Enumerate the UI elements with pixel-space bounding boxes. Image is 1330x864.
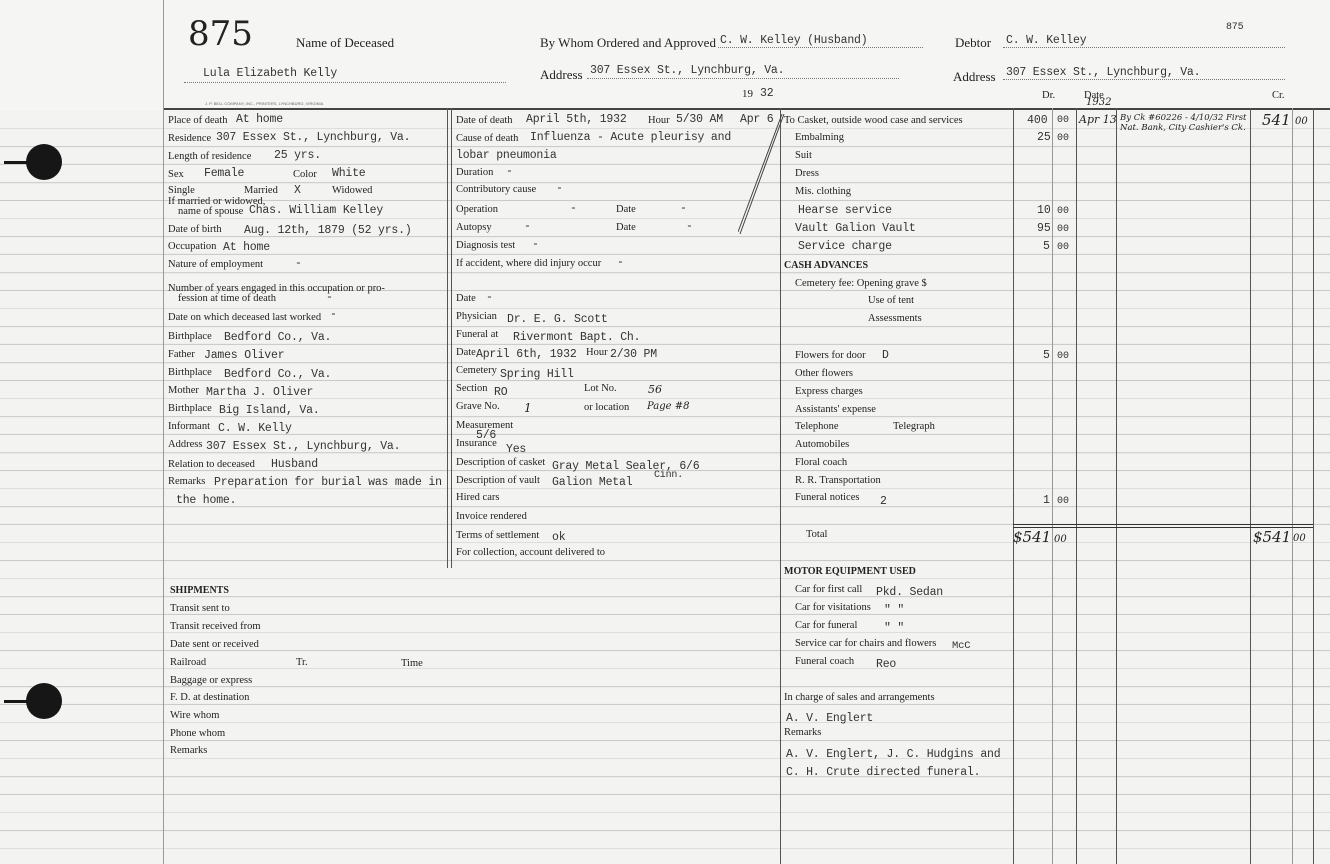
location-value: Page #8 (647, 401, 689, 412)
casket-description-value-b: Cinn. (654, 470, 683, 481)
terms-of-settlement-label: Terms of settlement (456, 530, 539, 541)
ledger-item-hearse-dollars: 10 (1037, 204, 1051, 217)
ledger-item-dress-label: Dress (795, 168, 819, 179)
section-value: RO (494, 386, 507, 399)
mother-label: Mother (168, 385, 199, 396)
date-sent-label: Date sent or received (170, 639, 259, 650)
address-value: 307 Essex St., Lynchburg, Va. (590, 64, 784, 77)
accident-value: - (617, 256, 624, 269)
father-label: Father (168, 349, 195, 360)
date-column-right (1116, 108, 1117, 864)
mother-birthplace-value: Big Island, Va. (219, 404, 320, 417)
flowers-for-door-label: Flowers for door (795, 350, 866, 361)
shipments-title: SHIPMENTS (170, 585, 229, 596)
mother-value: Martha J. Oliver (206, 386, 313, 399)
funeral-coach-value: Reo (876, 658, 896, 671)
telephone-label: Telephone (795, 421, 839, 432)
color-value: White (332, 167, 366, 180)
location-label: or location (584, 402, 629, 413)
cause-of-death-value-b: lobar pneumonia (456, 149, 557, 162)
cemetery-fee-label: Cemetery fee: Opening grave $ (795, 278, 927, 289)
year-suffix: 32 (760, 87, 773, 100)
insurance-label: Insurance (456, 438, 497, 449)
funeral-hour-label: Hour (586, 347, 608, 358)
birthplace-label: Birthplace (168, 331, 212, 342)
address-label: Address (540, 67, 583, 83)
spouse-name-value: Chas. William Kelley (249, 204, 383, 217)
accident-date-value: - (486, 291, 493, 304)
debtor-address-value: 307 Essex St., Lynchburg, Va. (1006, 66, 1200, 79)
father-birthplace-label: Birthplace (168, 367, 212, 378)
occupation-label: Occupation (168, 241, 216, 252)
ledger-item-suit-label: Suit (795, 150, 812, 161)
ledger-item-casket-dollars: 400 (1027, 114, 1048, 127)
contributory-cause-label: Contributory cause (456, 184, 536, 195)
last-worked-value: - (330, 308, 337, 321)
contributory-cause-value: - (556, 182, 563, 195)
record-number-handwritten: 875 (188, 14, 253, 54)
autopsy-date-value: - (686, 220, 693, 233)
tr-label: Tr. (296, 657, 308, 668)
ledger-item-vault-cents: 00 (1057, 224, 1069, 235)
ledger-item-misc-clothing-label: Mis. clothing (795, 186, 851, 197)
vault-description-label: Description of vault (456, 475, 540, 486)
ordered-label: By Whom Ordered and Approved (540, 35, 716, 51)
diagnosis-test-label: Diagnosis test (456, 240, 515, 251)
invoice-rendered-label: Invoice rendered (456, 511, 527, 522)
flowers-for-door-dollars: 5 (1043, 349, 1050, 362)
years-engaged-value: - (326, 291, 333, 304)
printer-line: J. P. BELL COMPANY, INC., PRINTERS, LYNC… (205, 101, 323, 106)
binder-hole-top (26, 144, 62, 180)
operation-date-label: Date (616, 204, 636, 215)
accident-date-label: Date (456, 293, 476, 304)
transit-sent-label: Transit sent to (170, 603, 230, 614)
motor-remarks-line1: A. V. Englert, J. C. Hudgins and (786, 748, 1000, 761)
name-label: Name of Deceased (296, 35, 394, 51)
remarks-value: Preparation for burial was made in (214, 476, 442, 489)
remarks-label: Remarks (168, 476, 205, 487)
dr-column-left (1013, 108, 1014, 864)
hour-of-death-value: 5/30 AM (676, 113, 723, 126)
date-handwritten-year: 1932 (1086, 97, 1111, 108)
divider-left-middle-2 (451, 108, 452, 568)
shipments-remarks-label: Remarks (170, 745, 207, 756)
debtor-label: Debtor (955, 35, 991, 51)
informant-value: C. W. Kelly (218, 422, 292, 435)
collection-label: For collection, account delivered to (456, 547, 605, 558)
automobiles-label: Automobiles (795, 439, 849, 450)
funeral-at-label: Funeral at (456, 329, 498, 340)
date-of-birth-label: Date of birth (168, 224, 222, 235)
motor-equipment-title: MOTOR EQUIPMENT USED (784, 566, 916, 577)
cemetery-value: Spring Hill (500, 368, 574, 381)
credit-cents: 00 (1295, 116, 1308, 127)
last-worked-label: Date on which deceased last worked (168, 312, 321, 323)
date-column-left (1076, 108, 1077, 864)
cause-of-death-label: Cause of death (456, 133, 518, 144)
ledger-item-hearse-label: Hearse service (798, 204, 892, 217)
in-charge-label: In charge of sales and arrangements (784, 692, 935, 703)
funeral-record-card: 875 Name of Deceased Lula Elizabeth Kell… (0, 0, 1330, 864)
credit-note: By Ck #60226 - 4/10/32 First Nat. Bank, … (1120, 113, 1248, 133)
length-of-residence-value: 25 yrs. (274, 149, 321, 162)
father-birthplace-value: Bedford Co., Va. (224, 368, 331, 381)
nature-of-employment-label: Nature of employment (168, 259, 263, 270)
single-label: Single (168, 185, 195, 196)
credit-amount: 541 (1262, 111, 1291, 129)
widowed-label: Widowed (332, 185, 372, 196)
residence-value: 307 Essex St., Lynchburg, Va. (216, 131, 410, 144)
funeral-hour-value: 2/30 PM (610, 348, 657, 361)
cause-of-death-value: Influenza - Acute pleurisy and (530, 131, 731, 144)
cemetery-label: Cemetery (456, 365, 497, 376)
baggage-label: Baggage or express (170, 675, 252, 686)
ledger-item-casket-label: To Casket, outside wood case and service… (784, 115, 963, 126)
date-of-death-value: April 5th, 1932 (526, 113, 627, 126)
other-flowers-label: Other flowers (795, 368, 853, 379)
informant-address-value: 307 Essex St., Lynchburg, Va. (206, 440, 400, 453)
first-call-car-value: Pkd. Sedan (876, 586, 943, 599)
married-mark: X (294, 184, 301, 197)
funeral-date-label: Date (456, 347, 476, 358)
express-charges-label: Express charges (795, 386, 863, 397)
funeral-car-label: Car for funeral (795, 620, 857, 631)
color-label: Color (293, 169, 317, 180)
duration-value: - (506, 165, 513, 178)
residence-label: Residence (168, 133, 211, 144)
ordered-value: C. W. Kelley (Husband) (720, 34, 867, 47)
place-of-death-label: Place of death (168, 115, 227, 126)
flowers-for-door-value: D (882, 349, 889, 362)
hour-of-death-label: Hour (648, 115, 670, 126)
total-cr-cents: 00 (1293, 533, 1306, 544)
funeral-notices-label: Funeral notices (795, 492, 859, 503)
service-car-value: McC (952, 640, 970, 652)
funeral-notices-value: 2 (880, 495, 887, 508)
ledger-item-embalming-dollars: 25 (1037, 131, 1051, 144)
debtor-address-underline (1003, 79, 1285, 80)
informant-label: Informant (168, 421, 210, 432)
funeral-notices-dollars: 1 (1043, 494, 1050, 507)
mother-birthplace-label: Birthplace (168, 403, 212, 414)
left-margin (0, 0, 164, 864)
apr-6-date: Apr 6 (740, 113, 774, 126)
address-underline (587, 78, 899, 79)
relation-value: Husband (271, 458, 318, 471)
duration-label: Duration (456, 167, 493, 178)
debtor-address-label: Address (953, 69, 996, 85)
place-of-death-value: At home (236, 113, 283, 126)
date-of-death-label: Date of death (456, 115, 513, 126)
motor-remarks-line2: C. H. Crute directed funeral. (786, 766, 980, 779)
hired-cars-label: Hired cars (456, 492, 499, 503)
ledger-item-casket-cents: 00 (1057, 115, 1069, 126)
debtor-underline (1003, 47, 1285, 48)
ledger-item-service-charge-cents: 00 (1057, 242, 1069, 253)
divider-left-middle (447, 108, 448, 568)
sex-value: Female (204, 167, 244, 180)
deceased-name: Lula Elizabeth Kelly (203, 67, 337, 80)
funeral-coach-label: Funeral coach (795, 656, 854, 667)
ledger-item-service-charge-dollars: 5 (1043, 240, 1050, 253)
funeral-date-value: April 6th, 1932 (476, 348, 577, 361)
section-label: Section (456, 383, 488, 394)
credit-date: Apr 13 (1079, 113, 1117, 126)
funeral-at-value: Rivermont Bapt. Ch. (513, 331, 640, 344)
diagonal-strike (738, 112, 786, 237)
funeral-notices-cents: 00 (1057, 496, 1069, 507)
date-of-birth-value: Aug. 12th, 1879 (52 yrs.) (244, 224, 412, 237)
length-of-residence-label: Length of residence (168, 151, 251, 162)
diagnosis-test-value: - (532, 238, 539, 251)
ledger-item-embalming-label: Embalming (795, 132, 844, 143)
terms-of-settlement-value: ok (552, 531, 565, 544)
top-rule (164, 108, 1330, 110)
total-dr-amount: $541 (1013, 528, 1051, 546)
record-number-printed: 875 (1226, 22, 1243, 33)
total-dr-cents: 00 (1054, 534, 1067, 545)
operation-label: Operation (456, 204, 498, 215)
ledger-item-vault-label: Vault Galion Vault (795, 222, 916, 235)
ledger-item-embalming-cents: 00 (1057, 133, 1069, 144)
accident-label: If accident, where did injury occur (456, 258, 601, 269)
married-label: Married (244, 185, 278, 196)
occupation-value: At home (223, 241, 270, 254)
ordered-underline (718, 47, 923, 48)
nature-of-employment-value: - (295, 257, 302, 270)
informant-address-label: Address (168, 439, 202, 450)
funeral-car-value: " " (884, 622, 904, 635)
cr-column-left (1250, 108, 1251, 864)
grave-no-label: Grave No. (456, 401, 500, 412)
total-rule-top (1013, 524, 1313, 525)
cr-cents-divider (1292, 108, 1293, 864)
ledger-item-hearse-cents: 00 (1057, 206, 1069, 217)
spouse-name-label: name of spouse (178, 206, 243, 217)
birthplace-value: Bedford Co., Va. (224, 331, 331, 344)
telegraph-label: Telegraph (893, 421, 935, 432)
railroad-label: Railroad (170, 657, 206, 668)
phone-whom-label: Phone whom (170, 728, 225, 739)
ledger-item-vault-dollars: 95 (1037, 222, 1051, 235)
operation-value: - (570, 202, 577, 215)
lot-no-value: 56 (648, 383, 662, 396)
father-value: James Oliver (204, 349, 284, 362)
use-of-tent-label: Use of tent (868, 295, 914, 306)
physician-value: Dr. E. G. Scott (507, 313, 608, 326)
autopsy-date-label: Date (616, 222, 636, 233)
visitations-car-label: Car for visitations (795, 602, 871, 613)
floral-coach-label: Floral coach (795, 457, 847, 468)
autopsy-label: Autopsy (456, 222, 492, 233)
vault-description-value: Galion Metal (552, 476, 632, 489)
visitations-car-value: " " (884, 604, 904, 617)
insurance-value: Yes (506, 443, 526, 456)
time-label: Time (401, 658, 423, 669)
in-charge-value: A. V. Englert (786, 712, 873, 725)
ledger-item-service-charge-label: Service charge (798, 240, 892, 253)
cr-header: Cr. (1272, 90, 1285, 101)
cash-advances-title: CASH ADVANCES (784, 260, 868, 271)
years-engaged-label-b: fession at time of death (178, 293, 276, 304)
dr-header: Dr. (1042, 90, 1055, 101)
physician-label: Physician (456, 311, 497, 322)
name-underline (184, 82, 506, 83)
assessments-label: Assessments (868, 313, 922, 324)
binder-hole-bottom (26, 683, 62, 719)
total-label: Total (806, 529, 827, 540)
operation-date-value: - (680, 202, 687, 215)
lot-no-label: Lot No. (584, 383, 617, 394)
total-cr-amount: $541 (1253, 528, 1291, 546)
autopsy-value: - (524, 220, 531, 233)
rr-transportation-label: R. R. Transportation (795, 475, 881, 486)
year-prefix: 19 (742, 88, 753, 100)
remarks-value-b: the home. (176, 494, 236, 507)
transit-received-label: Transit received from (170, 621, 261, 632)
debtor-value: C. W. Kelley (1006, 34, 1086, 47)
cr-column-right (1313, 108, 1314, 864)
assistants-expense-label: Assistants' expense (795, 404, 876, 415)
grave-no-value: 1 (524, 401, 532, 415)
motor-remarks-label: Remarks (784, 727, 821, 738)
wire-whom-label: Wire whom (170, 710, 219, 721)
fd-destination-label: F. D. at destination (170, 692, 249, 703)
casket-description-label: Description of casket (456, 457, 545, 468)
first-call-car-label: Car for first call (795, 584, 862, 595)
sex-label: Sex (168, 169, 184, 180)
flowers-for-door-cents: 00 (1057, 351, 1069, 362)
relation-label: Relation to deceased (168, 459, 255, 470)
dr-cents-divider (1052, 108, 1053, 864)
service-car-label: Service car for chairs and flowers (795, 638, 936, 649)
